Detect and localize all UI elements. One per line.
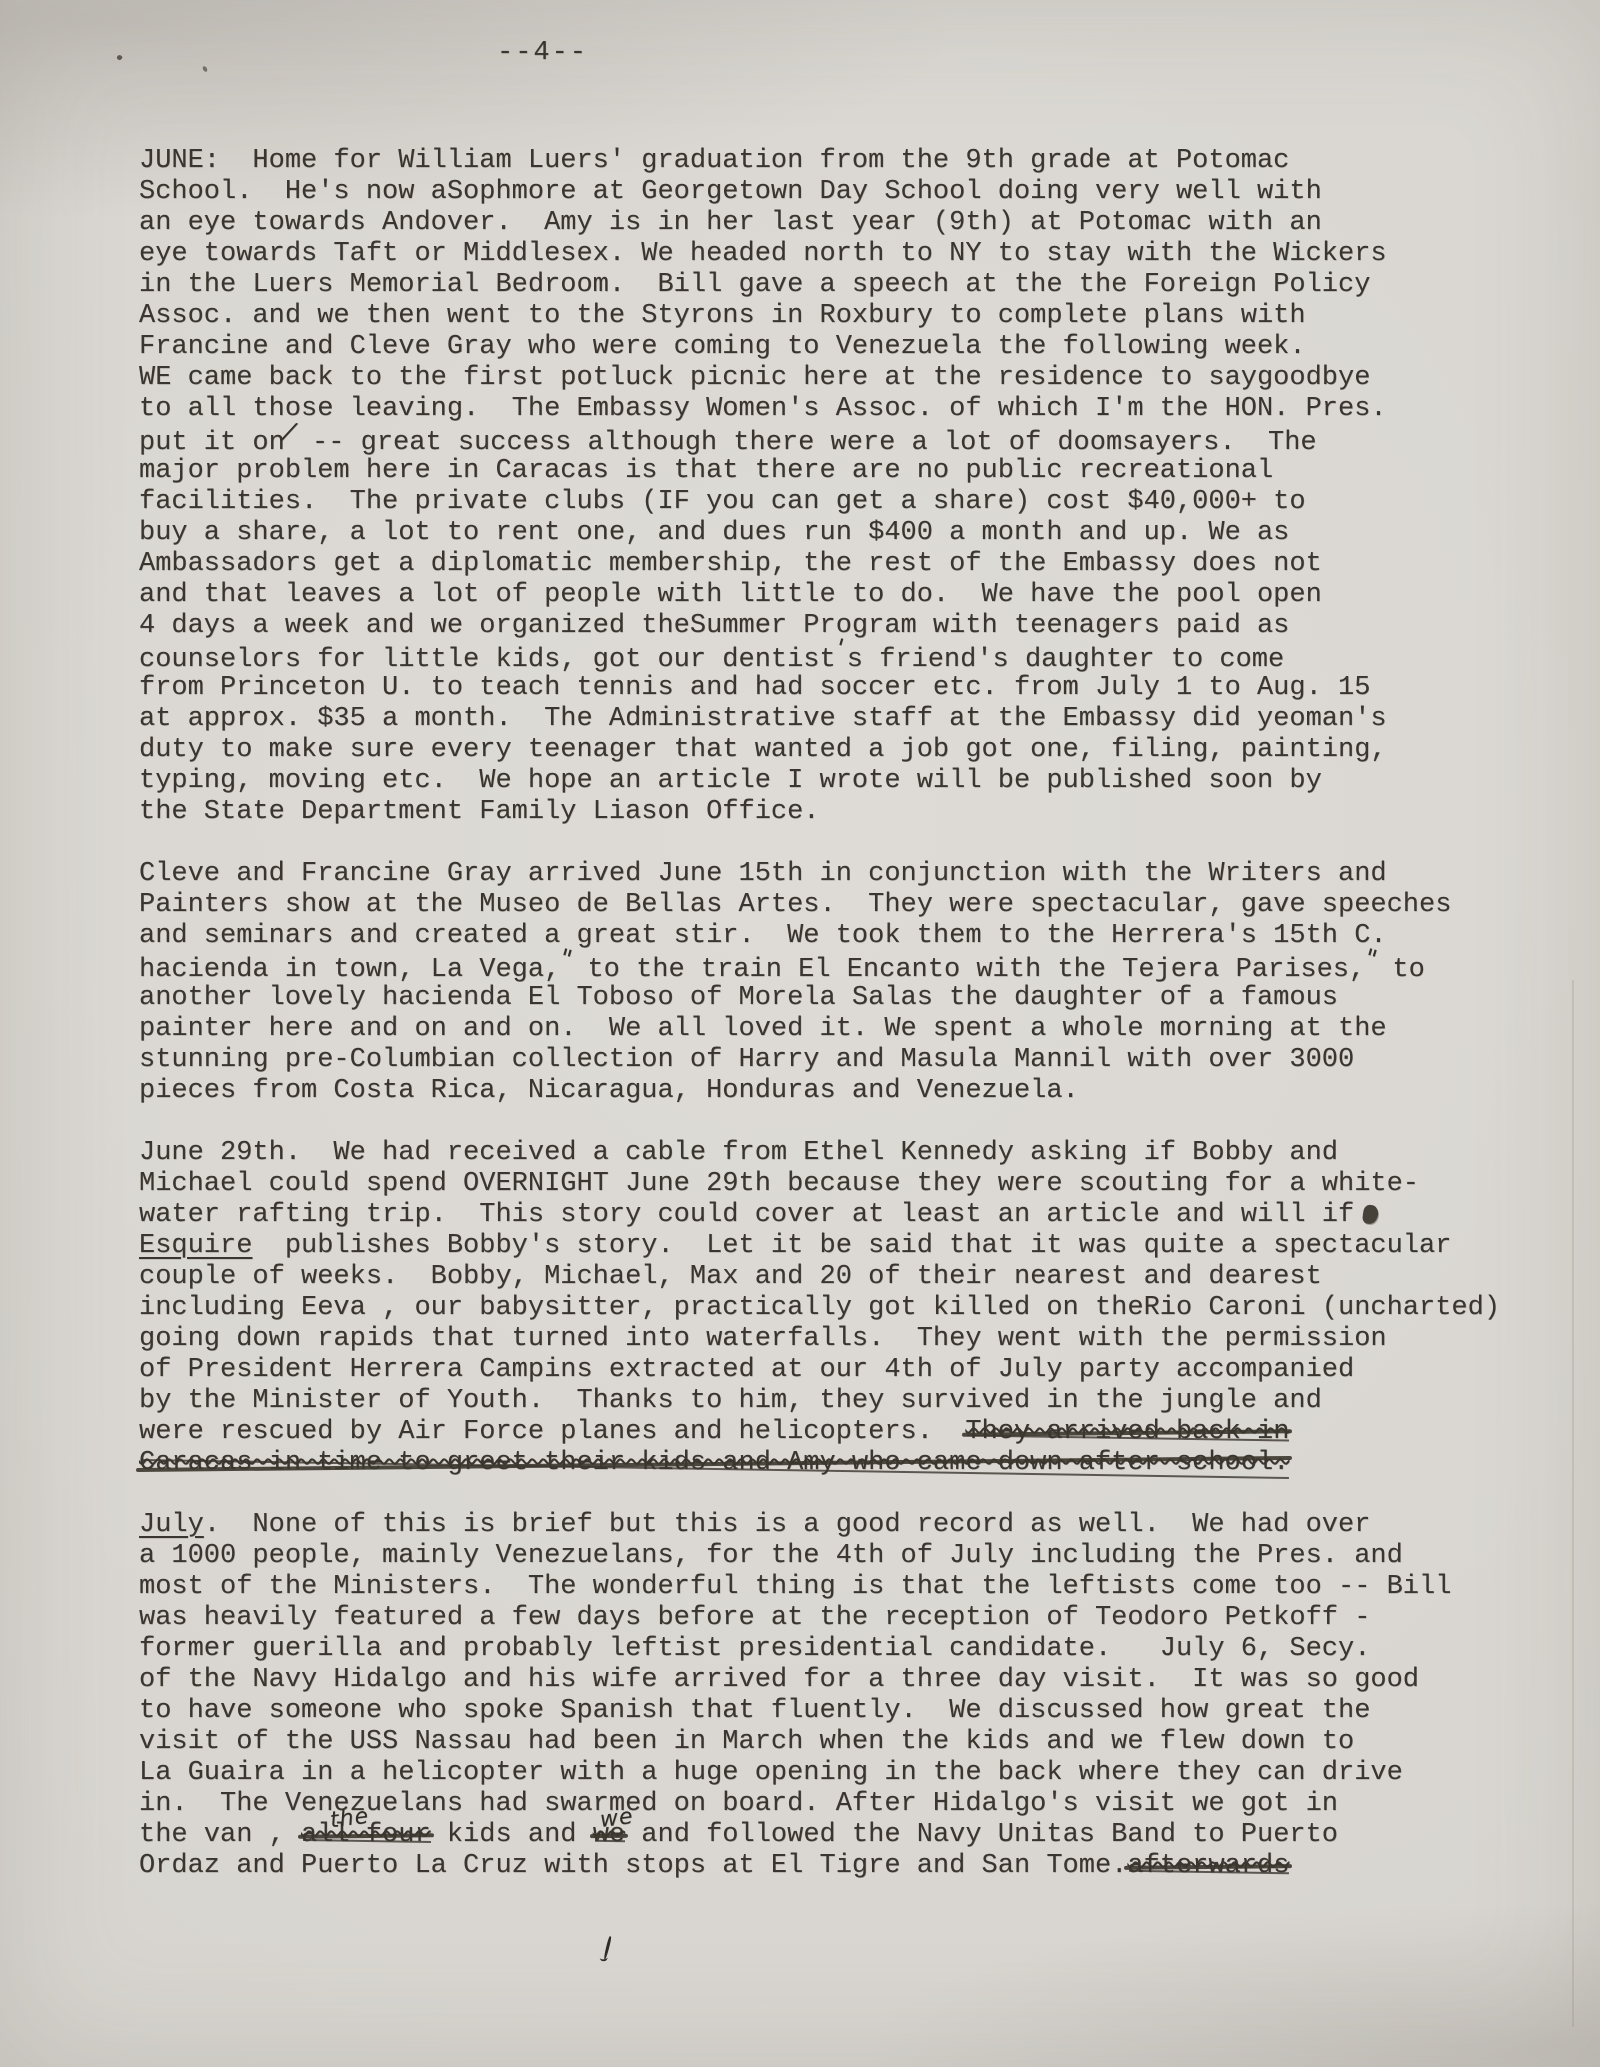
text-line: La Guaira in a helicopter with a huge op… — [139, 1758, 1540, 1789]
text-line: July. None of this is brief but this is … — [139, 1510, 1540, 1541]
typed-text: kids and — [431, 1820, 593, 1850]
typed-text: the State Department Family Liason Offic… — [139, 797, 820, 827]
typed-text: WE came back to the first potluck picnic… — [139, 363, 1370, 393]
text-line: WE came back to the first potluck picnic… — [139, 363, 1540, 394]
typed-text: Painters show at the Museo de Bellas Art… — [139, 890, 1451, 920]
text-line: a 1000 people, mainly Venezuelans, for t… — [139, 1541, 1540, 1572]
paragraph-cleve-and-francine: Cleve and Francine Gray arrived June 15t… — [139, 859, 1540, 1107]
typed-text: 4 days a week and we organized theSummer… — [139, 611, 1289, 641]
typed-text: hacienda in town, La Vega, — [139, 955, 560, 985]
text-line: couple of weeks. Bobby, Michael, Max and… — [139, 1262, 1540, 1293]
text-line: was heavily featured a few days before a… — [139, 1603, 1540, 1634]
typed-text: and that leaves a lot of people with lit… — [139, 580, 1322, 610]
text-line: including Eeva , our babysitter, practic… — [139, 1293, 1540, 1324]
typed-text: Assoc. and we then went to the Styrons i… — [139, 301, 1306, 331]
text-line: and that leaves a lot of people with lit… — [139, 580, 1540, 611]
handwritten-insertion: we — [598, 1801, 635, 1836]
typed-text: pieces from Costa Rica, Nicaragua, Hondu… — [139, 1076, 1079, 1106]
text-line: going down rapids that turned into water… — [139, 1324, 1540, 1355]
typed-text: facilities. The private clubs (IF you ca… — [139, 487, 1306, 517]
typed-text: La Guaira in a helicopter with a huge op… — [139, 1758, 1403, 1788]
text-line: JUNE: Home for William Luers' graduation… — [139, 146, 1540, 177]
text-line: Ordaz and Puerto La Cruz with stops at E… — [139, 1851, 1540, 1882]
text-line: Caracas in time to greet their kids and … — [139, 1448, 1540, 1479]
typed-text: were rescued by Air Force planes and hel… — [139, 1417, 965, 1447]
text-line: eye towards Taft or Middlesex. We headed… — [139, 239, 1540, 270]
typed-text: going down rapids that turned into water… — [139, 1324, 1387, 1354]
text-line: former guerilla and probably leftist pre… — [139, 1634, 1540, 1665]
typed-text: Michael could spend OVERNIGHT June 29th … — [139, 1169, 1419, 1199]
typed-text: in. The Venezuelans had swarmed on board… — [139, 1789, 1338, 1819]
correction: all fourthe — [301, 1820, 431, 1851]
text-line: water rafting trip. This story could cov… — [139, 1200, 1540, 1231]
typed-text: buy a share, a lot to rent one, and dues… — [139, 518, 1289, 548]
text-line: the State Department Family Liason Offic… — [139, 797, 1540, 828]
typed-text: counselors for little kids, got our dent… — [139, 645, 836, 675]
text-line: painter here and on and on. We all loved… — [139, 1014, 1540, 1045]
ink-blot — [1362, 1204, 1379, 1225]
text-line: most of the Ministers. The wonderful thi… — [139, 1572, 1540, 1603]
typed-text: -- great success although there were a l… — [296, 428, 1317, 458]
text-line: to all those leaving. The Embassy Women'… — [139, 394, 1540, 425]
typed-text: another lovely hacienda El Toboso of Mor… — [139, 983, 1338, 1013]
typed-text: most of the Ministers. The wonderful thi… — [139, 1572, 1451, 1602]
handwritten-insertion: the — [328, 1801, 371, 1837]
text-line: major problem here in Caracas is that th… — [139, 456, 1540, 487]
typed-text: publishes Bobby's story. Let it be said … — [252, 1231, 1451, 1261]
text-line: stunning pre-Columbian collection of Har… — [139, 1045, 1540, 1076]
scribbled-out-text: afterwards — [1127, 1851, 1289, 1882]
underlined-text: Esquire — [139, 1231, 252, 1261]
typed-text: to all those leaving. The Embassy Women'… — [139, 394, 1387, 424]
correction: wewe — [593, 1820, 625, 1851]
paragraph-june-29th: June 29th. We had received a cable from … — [139, 1138, 1540, 1479]
typed-text: the van , — [139, 1820, 301, 1850]
typed-text: former guerilla and probably leftist pre… — [139, 1634, 1370, 1664]
text-line: Esquire publishes Bobby's story. Let it … — [139, 1231, 1540, 1262]
text-line: facilities. The private clubs (IF you ca… — [139, 487, 1540, 518]
text-line: an eye towards Andover. Amy is in her la… — [139, 208, 1540, 239]
text-line: buy a share, a lot to rent one, and dues… — [139, 518, 1540, 549]
typed-text: water rafting trip. This story could cov… — [139, 1200, 1354, 1230]
text-line: hacienda in town, La Vega," to the train… — [139, 952, 1540, 983]
text-line: School. He's now aSophmore at Georgetown… — [139, 177, 1540, 208]
text-line: Cleve and Francine Gray arrived June 15t… — [139, 859, 1540, 890]
typed-text: was heavily featured a few days before a… — [139, 1603, 1370, 1633]
typed-text: of President Herrera Campins extracted a… — [139, 1355, 1354, 1385]
text-line: and seminars and created a great stir. W… — [139, 921, 1540, 952]
typed-text: couple of weeks. Bobby, Michael, Max and… — [139, 1262, 1322, 1292]
text-line: visit of the USS Nassau had been in Marc… — [139, 1727, 1540, 1758]
scribbled-out-text: They arrived back in — [965, 1417, 1289, 1448]
typed-text: Ambassadors get a diplomatic membership,… — [139, 549, 1322, 579]
text-line: in the Luers Memorial Bedroom. Bill gave… — [139, 270, 1540, 301]
text-line: of the Navy Hidalgo and his wife arrived… — [139, 1665, 1540, 1696]
text-line: Assoc. and we then went to the Styrons i… — [139, 301, 1540, 332]
text-line: Ambassadors get a diplomatic membership,… — [139, 549, 1540, 580]
text-line: duty to make sure every teenager that wa… — [139, 735, 1540, 766]
text-line: of President Herrera Campins extracted a… — [139, 1355, 1540, 1386]
typed-text: from Princeton U. to teach tennis and ha… — [139, 673, 1370, 703]
text-line: the van , all fourthe kids and wewe and … — [139, 1820, 1540, 1851]
scribbled-out-text: Caracas in time to greet their kids and … — [139, 1448, 1289, 1479]
typed-text: School. He's now aSophmore at Georgetown… — [139, 177, 1322, 207]
text-line: were rescued by Air Force planes and hel… — [139, 1417, 1540, 1448]
typed-text: to have someone who spoke Spanish that f… — [139, 1696, 1370, 1726]
typed-text: put it on — [139, 428, 285, 458]
text-line: pieces from Costa Rica, Nicaragua, Hondu… — [139, 1076, 1540, 1107]
typed-text: Ordaz and Puerto La Cruz with stops at E… — [139, 1851, 1127, 1881]
text-line: from Princeton U. to teach tennis and ha… — [139, 673, 1540, 704]
page-number: --4-- — [497, 38, 588, 68]
text-line: June 29th. We had received a cable from … — [139, 1138, 1540, 1169]
text-line: Painters show at the Museo de Bellas Art… — [139, 890, 1540, 921]
scan-speck — [202, 65, 208, 72]
text-line: counselors for little kids, got our dent… — [139, 642, 1540, 673]
text-line: another lovely hacienda El Toboso of Mor… — [139, 983, 1540, 1014]
paragraph-july: July. None of this is brief but this is … — [139, 1510, 1540, 1882]
typed-text: June 29th. We had received a cable from … — [139, 1138, 1338, 1168]
typed-text: to — [1376, 955, 1425, 985]
typed-text: visit of the USS Nassau had been in Marc… — [139, 1727, 1354, 1757]
typed-text: an eye towards Andover. Amy is in her la… — [139, 208, 1322, 238]
typed-text: of the Navy Hidalgo and his wife arrived… — [139, 1665, 1419, 1695]
typed-text: eye towards Taft or Middlesex. We headed… — [139, 239, 1387, 269]
document-page: --4-- JUNE: Home for William Luers' grad… — [0, 0, 1600, 2067]
typed-text: a 1000 people, mainly Venezuelans, for t… — [139, 1541, 1403, 1571]
text-line: Michael could spend OVERNIGHT June 29th … — [139, 1169, 1540, 1200]
scan-speck — [116, 54, 123, 61]
paragraph-june: JUNE: Home for William Luers' graduation… — [139, 146, 1540, 828]
body-text: JUNE: Home for William Luers' graduation… — [139, 146, 1540, 1913]
typed-text: at approx. $35 a month. The Administrati… — [139, 704, 1387, 734]
typed-text: major problem here in Caracas is that th… — [139, 456, 1273, 486]
typed-text: and followed the Navy Unitas Band to Pue… — [625, 1820, 1338, 1850]
typed-text: painter here and on and on. We all loved… — [139, 1014, 1387, 1044]
typed-text: by the Minister of Youth. Thanks to him,… — [139, 1386, 1322, 1416]
pen-mark — [603, 1936, 612, 1960]
typed-text: in the Luers Memorial Bedroom. Bill gave… — [139, 270, 1370, 300]
typed-text: s friend's daughter to come — [847, 645, 1284, 675]
typed-text: to the train El Encanto with the Tejera … — [571, 955, 1365, 985]
typed-text: stunning pre-Columbian collection of Har… — [139, 1045, 1354, 1075]
underlined-text: July — [139, 1510, 204, 1540]
text-line: Francine and Cleve Gray who were coming … — [139, 332, 1540, 363]
text-line: to have someone who spoke Spanish that f… — [139, 1696, 1540, 1727]
text-line: at approx. $35 a month. The Administrati… — [139, 704, 1540, 735]
typed-text: JUNE: Home for William Luers' graduation… — [139, 146, 1289, 176]
text-line: put it on/ -- great success although the… — [139, 425, 1540, 456]
typed-text: Cleve and Francine Gray arrived June 15t… — [139, 859, 1387, 889]
text-line: typing, moving etc. We hope an article I… — [139, 766, 1540, 797]
typed-text: duty to make sure every teenager that wa… — [139, 735, 1387, 765]
typed-text: and seminars and created a great stir. W… — [139, 921, 1387, 951]
typed-text: . None of this is brief but this is a go… — [204, 1510, 1371, 1540]
typed-text: Francine and Cleve Gray who were coming … — [139, 332, 1306, 362]
typed-text: including Eeva , our babysitter, practic… — [139, 1293, 1500, 1323]
typed-text: typing, moving etc. We hope an article I… — [139, 766, 1322, 796]
text-line: by the Minister of Youth. Thanks to him,… — [139, 1386, 1540, 1417]
